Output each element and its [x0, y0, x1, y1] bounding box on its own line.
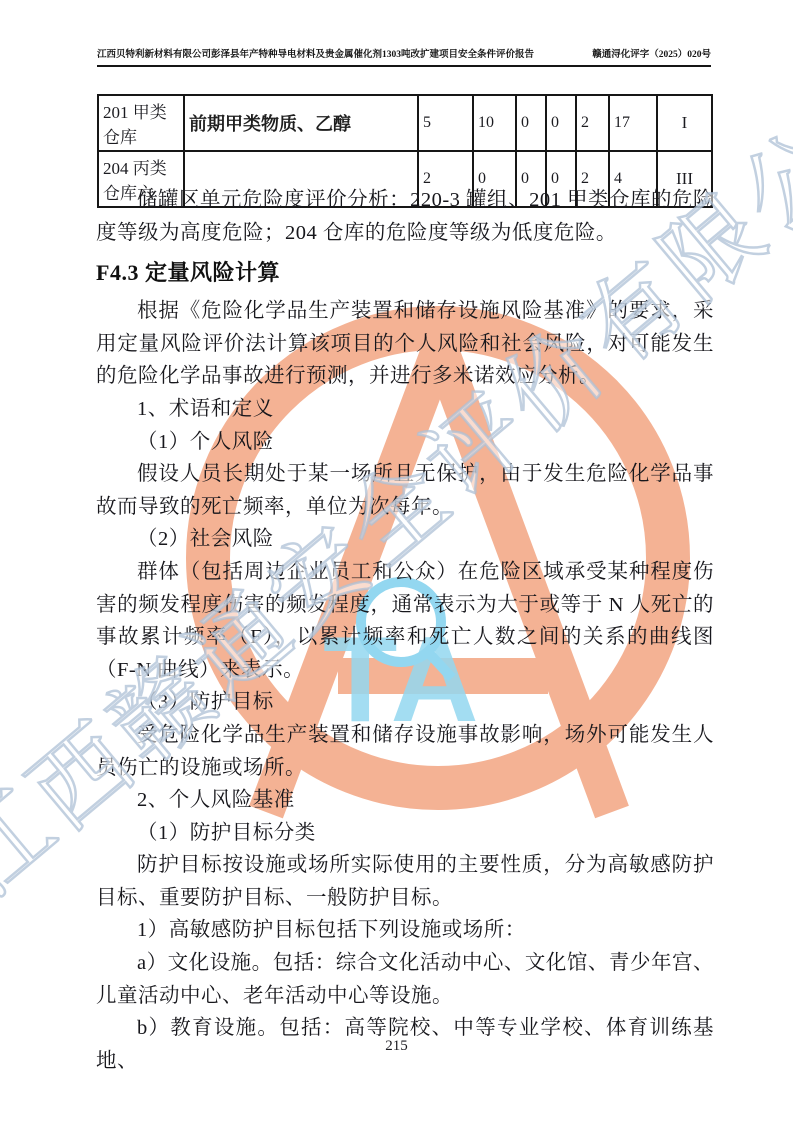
paragraph: 假设人员长期处于某一场所且无保护，由于发生危险化学品事故而导致的死亡频率，单位为… [96, 458, 714, 523]
paragraph: 根据《危险化学品生产装置和储存设施风险基准》的要求，采用定量风险评价法计算该项目… [96, 295, 714, 393]
list-item: （3）防护目标 [96, 686, 714, 719]
warehouse-name-cell: 201 甲类仓库 [98, 95, 184, 151]
list-item: （2）社会风险 [96, 523, 714, 556]
page-number: 215 [0, 1038, 793, 1055]
value-cell: 0 [516, 95, 546, 151]
page-header: 江西贝特利新材料有限公司彭泽县年产特种导电材料及贵金属催化剂1303吨改扩建项目… [97, 46, 711, 67]
list-item: 1）高敏感防护目标包括下列设施或场所： [96, 914, 714, 947]
section-heading: F4.3 定量风险计算 [96, 256, 714, 290]
value-cell: 10 [473, 95, 516, 151]
value-cell: 2 [576, 95, 609, 151]
grade-cell: I [657, 95, 712, 151]
list-item: （1）防护目标分类 [96, 817, 714, 850]
list-item: （1）个人风险 [96, 426, 714, 459]
paragraph: 防护目标按设施或场所实际使用的主要性质，分为高敏感防护目标、重要防护目标、一般防… [96, 849, 714, 914]
header-document-number: 赣通浔化评字（2025）020号 [582, 46, 711, 60]
list-item: 1、术语和定义 [96, 393, 714, 426]
paragraph: 群体（包括周边企业员工和公众）在危险区域承受某种程度伤害的频发程度伤害的频发程度… [96, 556, 714, 686]
value-cell: 17 [609, 95, 657, 151]
value-cell: 0 [546, 95, 576, 151]
paragraph: 受危险化学品生产装置和储存设施事故影响，场外可能发生人员伤亡的设施或场所。 [96, 719, 714, 784]
list-item: 2、个人风险基准 [96, 784, 714, 817]
header-report-title: 江西贝特利新材料有限公司彭泽县年产特种导电材料及贵金属催化剂1303吨改扩建项目… [97, 46, 534, 60]
paragraph: 储罐区单元危险度评价分析：220-3 罐组、201 甲类仓库的危险度等级为高度危… [96, 184, 714, 249]
document-page: TA 江西贝特利新材料有限公司彭泽县年产特种导电材料及贵金属催化剂1303吨改扩… [0, 0, 793, 1122]
material-cell: 前期甲类物质、乙醇 [184, 95, 418, 151]
paragraph: a）文化设施。包括：综合文化活动中心、文化馆、青少年宫、儿童活动中心、老年活动中… [96, 947, 714, 1012]
table-row: 201 甲类仓库 前期甲类物质、乙醇 5 10 0 0 2 17 I [98, 95, 712, 151]
document-body: 储罐区单元危险度评价分析：220-3 罐组、201 甲类仓库的危险度等级为高度危… [96, 184, 714, 1077]
value-cell: 5 [418, 95, 473, 151]
